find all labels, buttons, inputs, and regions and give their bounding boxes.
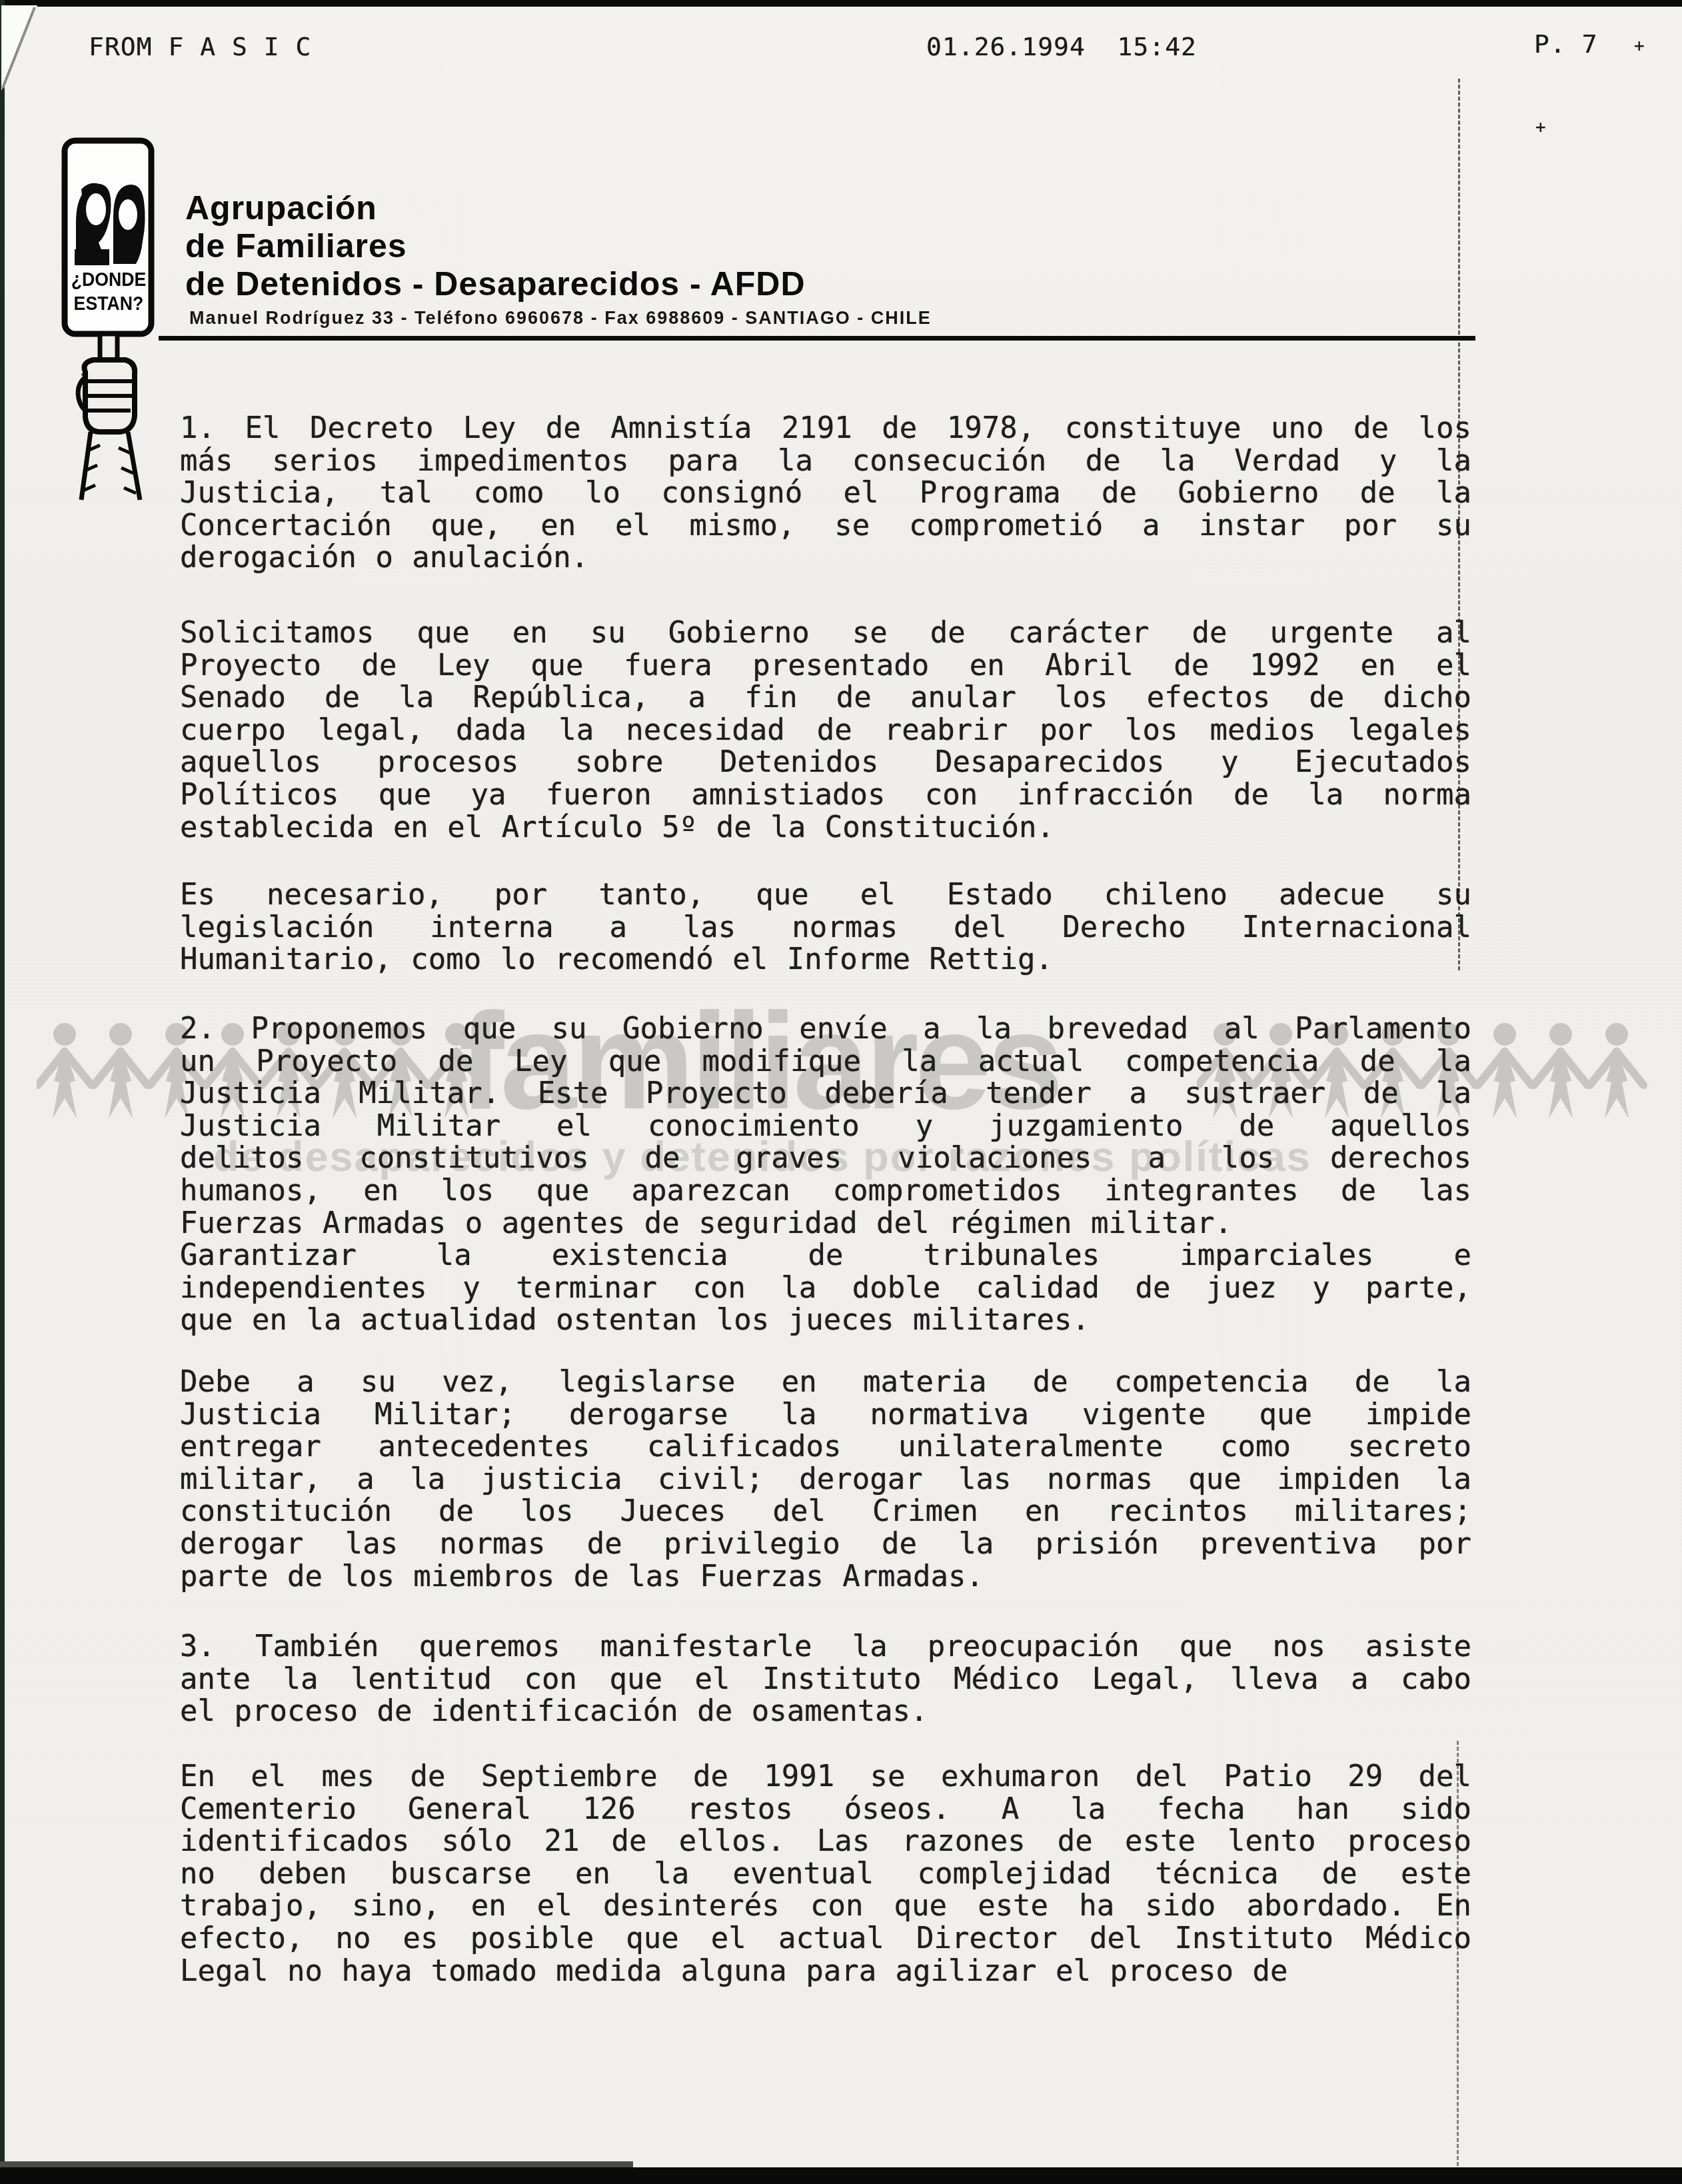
body-line: Legal no haya tomado medida alguna para … xyxy=(180,1955,1471,1988)
body-line: Concertación que, en el mismo, se compro… xyxy=(180,510,1471,543)
body-line: Proyecto de Ley que fuera presentado en … xyxy=(180,650,1471,682)
body-line: Cementerio General 126 restos óseos. A l… xyxy=(180,1793,1471,1826)
body-line: el proceso de identificación de osamenta… xyxy=(180,1695,1471,1728)
body-line: constitución de los Jueces del Crimen en… xyxy=(180,1496,1471,1528)
fax-datetime: 01.26.1994 15:42 xyxy=(926,32,1197,61)
letterhead-rule xyxy=(159,336,1475,341)
body-line: Garantizar la existencia de tribunales i… xyxy=(180,1240,1471,1272)
letter-paragraph-5: Debe a su vez, legislarse en materia de … xyxy=(180,1366,1471,1593)
body-line: trabajo, sino, en el desinterés con que … xyxy=(180,1890,1471,1923)
body-line: Justicia Militar el conocimiento y juzga… xyxy=(180,1110,1471,1143)
letter-paragraph-2: Solicitamos que en su Gobierno se de car… xyxy=(180,617,1471,844)
letter-paragraph-7: En el mes de Septiembre de 1991 se exhum… xyxy=(180,1761,1471,1987)
donde-estan-sign-icon xyxy=(61,137,156,503)
body-line: legislación interna a las normas del Der… xyxy=(180,912,1471,944)
letter-paragraph-4: 2. Proponemos que su Gobierno envíe a la… xyxy=(180,1013,1471,1337)
letter-paragraph-1: 1. El Decreto Ley de Amnistía 2191 de 19… xyxy=(180,413,1471,574)
body-line: Justicia, tal como lo consignó el Progra… xyxy=(180,477,1471,510)
body-line: entregar antecedentes calificados unilat… xyxy=(180,1431,1471,1464)
body-line: 3. También queremos manifestarle la preo… xyxy=(180,1631,1471,1663)
organization-name-line-1: Agrupación xyxy=(185,189,806,227)
body-line: más serios impedimentos para la consecuc… xyxy=(180,445,1471,478)
body-line: 1. El Decreto Ley de Amnistía 2191 de 19… xyxy=(180,413,1471,445)
scan-edge-top xyxy=(0,0,1682,7)
scan-edge-bottom xyxy=(0,2167,1682,2184)
fax-print-mark: + xyxy=(1535,117,1547,137)
body-line: efecto, no es posible que el actual Dire… xyxy=(180,1923,1471,1955)
body-line: Justicia Militar. Este Proyecto debería … xyxy=(180,1078,1471,1110)
body-line: Es necesario, por tanto, que el Estado c… xyxy=(180,879,1471,912)
body-line: Justicia Militar; derogarse la normativa… xyxy=(180,1399,1471,1432)
body-line: establecida en el Artículo 5º de la Cons… xyxy=(180,812,1471,844)
body-line: identificados sólo 21 de ellos. Las razo… xyxy=(180,1825,1471,1858)
organization-name: Agrupaciónde Familiaresde Detenidos - De… xyxy=(185,189,806,303)
body-line: ante la lentitud con que el Instituto Mé… xyxy=(180,1663,1471,1696)
body-line: humanos, en los que aparezcan comprometi… xyxy=(180,1175,1471,1208)
body-line: cuerpo legal, dada la necesidad de reabr… xyxy=(180,714,1471,747)
body-line: Humanitario, como lo recomendó el Inform… xyxy=(180,944,1471,976)
organization-name-line-2: de Familiares xyxy=(185,227,806,265)
logo-text-donde: ¿DONDE xyxy=(67,269,149,291)
organization-address: Manuel Rodríguez 33 - Teléfono 6960678 -… xyxy=(189,308,932,329)
body-line: Fuerzas Armadas o agentes de seguridad d… xyxy=(180,1208,1471,1240)
woman-face-silhouette xyxy=(113,185,145,264)
body-line: Senado de la República, a fin de anular … xyxy=(180,682,1471,714)
body-line: no deben buscarse en la eventual complej… xyxy=(180,1858,1471,1891)
fax-document-page: FROM F A S I C 01.26.1994 15:42 P. 7 + + xyxy=(0,0,1682,2184)
body-line: derogación o anulación. xyxy=(180,542,1471,574)
arm-sleeve xyxy=(81,432,140,500)
body-line: que en la actualidad ostentan los jueces… xyxy=(180,1304,1471,1337)
fax-print-mark: + xyxy=(1634,36,1645,56)
body-line: un Proyecto de Ley que modifique la actu… xyxy=(180,1046,1471,1078)
scan-edge-left xyxy=(0,0,5,2184)
fax-sender-label: FROM F A S I C xyxy=(89,32,311,61)
letter-paragraph-6: 3. También queremos manifestarle la preo… xyxy=(180,1631,1471,1728)
logo-text-estan: ESTAN? xyxy=(67,293,149,315)
body-line: independientes y terminar con la doble c… xyxy=(180,1272,1471,1305)
letter-paragraph-3: Es necesario, por tanto, que el Estado c… xyxy=(180,879,1471,976)
body-line: aquellos procesos sobre Detenidos Desapa… xyxy=(180,746,1471,779)
page-corner-fold xyxy=(1,5,41,97)
body-line: Solicitamos que en su Gobierno se de car… xyxy=(180,617,1471,650)
body-line: 2. Proponemos que su Gobierno envíe a la… xyxy=(180,1013,1471,1046)
body-line: Debe a su vez, legislarse en materia de … xyxy=(180,1366,1471,1399)
body-line: derogar las normas de privilegio de la p… xyxy=(180,1528,1471,1561)
body-line: En el mes de Septiembre de 1991 se exhum… xyxy=(180,1761,1471,1793)
body-line: delitos constitutivos de graves violacio… xyxy=(180,1142,1471,1175)
body-line: parte de los miembros de las Fuerzas Arm… xyxy=(180,1561,1471,1594)
body-line: Políticos que ya fueron amnistiados con … xyxy=(180,779,1471,812)
body-line: militar, a la justicia civil; derogar la… xyxy=(180,1464,1471,1496)
organization-name-line-3: de Detenidos - Desaparecidos - AFDD xyxy=(185,265,806,303)
afdd-logo xyxy=(61,137,156,503)
fax-page-number: P. 7 xyxy=(1534,29,1598,59)
fist-icon xyxy=(78,360,135,432)
